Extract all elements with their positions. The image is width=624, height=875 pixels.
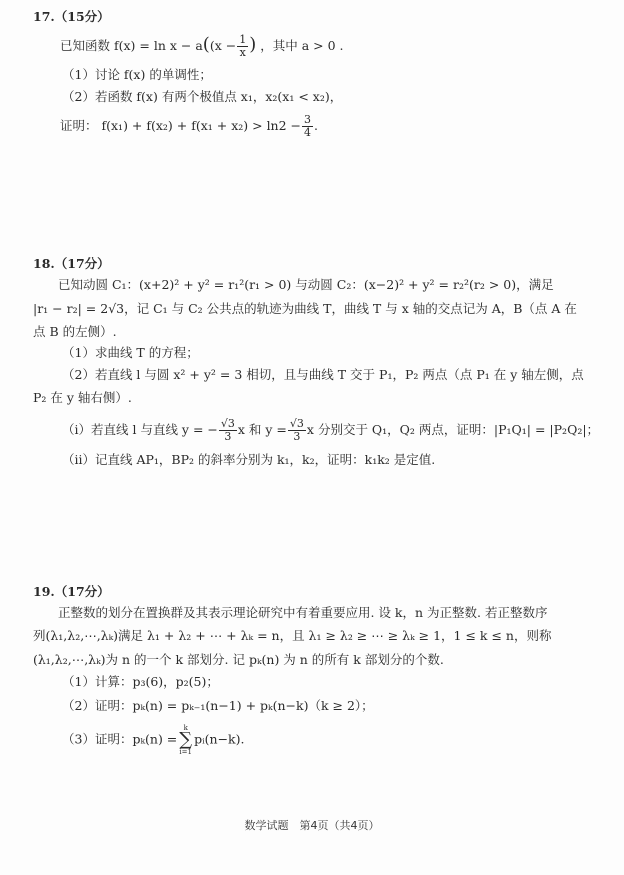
q18-line2: |r₁ − r₂| = 2√3，记 C₁ 与 C₂ 公共点的轨迹为曲线 T，曲线… [33,300,577,318]
q19-heading: 19.（17分） [33,583,110,601]
fraction-1-over-x: 1x [237,34,248,59]
q18-part2-line2: P₂ 在 y 轴右侧）. [33,389,132,407]
q19-line3: (λ₁,λ₂,⋯,λₖ)为 n 的一个 k 部划分. 记 pₖ(n) 为 n 的… [33,651,444,669]
q18-sub-ii: （ii）记直线 AP₁，BP₂ 的斜率分别为 k₁，k₂，证明：k₁k₂ 是定值… [62,451,435,469]
q17-proof-expr: f(x₁) + f(x₂) + f(x₁ + x₂) > ln2 − [102,118,302,133]
fraction-sqrt3-over-3: √33 [288,418,306,443]
q17-part1: （1）讨论 f(x) 的单调性； [62,66,212,84]
q18-sub-i: （i）若直线 l 与直线 y = −√33x 和 y =√33x 分别交于 Q₁… [62,418,599,443]
q17-stem-prefix: 已知函数 [60,38,110,53]
x-minus: (x − [210,38,236,53]
paren-close: ) [249,34,256,55]
q18-heading: 18.（17分） [33,255,110,273]
fraction-sqrt3-over-3: √33 [219,418,237,443]
q19-line2: 列(λ₁,λ₂,⋯,λₖ)满足 λ₁ + λ₂ + ⋯ + λₖ = n，且 λ… [33,627,551,645]
q18-line1: 已知动圆 C₁：(x+2)² + y² = r₁²(r₁ > 0) 与动圆 C₂… [58,276,554,294]
page-footer: 数学试题 第4页（共4页） [0,817,624,833]
fraction-3-over-4: 34 [302,114,313,139]
q18-part2-line1: （2）若直线 l 与圆 x² + y² = 3 相切，且与曲线 T 交于 P₁，… [62,366,584,384]
q17-proof-prefix: 证明： [60,118,98,133]
q17-stem: 已知函数 f(x) = ln x − a((x −1x) ，其中 a > 0 . [60,34,343,59]
q18-part1: （1）求曲线 T 的方程； [62,344,199,362]
q17-part2: （2）若函数 f(x) 有两个极值点 x₁，x₂(x₁ < x₂)， [62,88,342,106]
q17-heading: 17.（15分） [33,8,110,26]
summation-symbol: k∑i=1 [179,724,192,756]
f-definition: f(x) = ln x − a [114,38,203,53]
q19-part3: （3）证明：pₖ(n) =k∑i=1pᵢ(n−k). [62,724,244,756]
q19-part2: （2）证明：pₖ(n) = pₖ₋₁(n−1) + pₖ(n−k)（k ≥ 2）… [62,697,374,715]
paren-open: ( [203,34,210,55]
q17-proof: 证明： f(x₁) + f(x₂) + f(x₁ + x₂) > ln2 −34… [60,114,318,139]
q19-part1: （1）计算：p₃(6)，p₂(5)； [62,673,219,691]
q17-stem-suffix: ，其中 a > 0 . [260,38,343,53]
q18-line3: 点 B 的左侧）. [33,323,117,341]
q19-line1: 正整数的划分在置换群及其表示理论研究中有着重要应用. 设 k，n 为正整数. 若… [58,604,547,622]
